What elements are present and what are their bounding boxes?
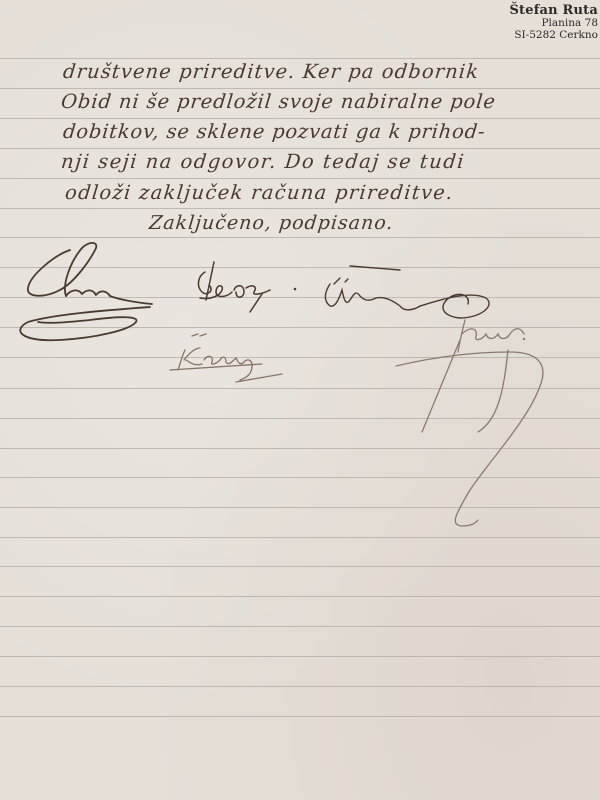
rule-line xyxy=(0,507,600,508)
rule-line xyxy=(0,297,600,298)
rule-line xyxy=(0,237,600,238)
rule-line xyxy=(0,686,600,687)
rule-line xyxy=(0,596,600,597)
body-line-2: Obid ni še predložil svoje nabiralne pol… xyxy=(60,90,497,113)
rule-line xyxy=(0,118,600,119)
stamp-address: Planina 78 xyxy=(509,18,598,29)
body-line-closing: Zaključeno, podpisano. xyxy=(148,212,395,234)
archive-stamp: Štefan Ruta Planina 78 SI-5282 Cerkno xyxy=(509,4,598,40)
rule-line xyxy=(0,88,600,89)
stamp-name: Štefan Ruta xyxy=(509,4,598,17)
stamp-city: SI-5282 Cerkno xyxy=(509,30,598,41)
rule-line xyxy=(0,357,600,358)
document-page: Štefan Ruta Planina 78 SI-5282 Cerkno dr… xyxy=(0,0,600,800)
rule-line xyxy=(0,208,600,209)
rule-line xyxy=(0,477,600,478)
rule-line xyxy=(0,148,600,149)
signature-5 xyxy=(396,320,543,526)
rule-line xyxy=(0,656,600,657)
rule-line xyxy=(0,418,600,419)
body-line-5: odloži zaključek računa prireditve. xyxy=(64,181,455,204)
signature-1 xyxy=(20,243,152,340)
rule-line xyxy=(0,267,600,268)
rule-line xyxy=(0,716,600,717)
rule-line xyxy=(0,178,600,179)
body-line-3: dobitkov, se sklene pozvati ga k prihod- xyxy=(62,120,487,143)
rule-line xyxy=(0,626,600,627)
rule-line xyxy=(0,388,600,389)
rule-line xyxy=(0,537,600,538)
rule-line xyxy=(0,566,600,567)
body-line-4: nji seji na odgovor. Do tedaj se tudi xyxy=(60,150,466,173)
rule-line xyxy=(0,448,600,449)
rule-line xyxy=(0,58,600,59)
body-line-1: društvene prireditve. Ker pa odbornik xyxy=(62,60,480,83)
